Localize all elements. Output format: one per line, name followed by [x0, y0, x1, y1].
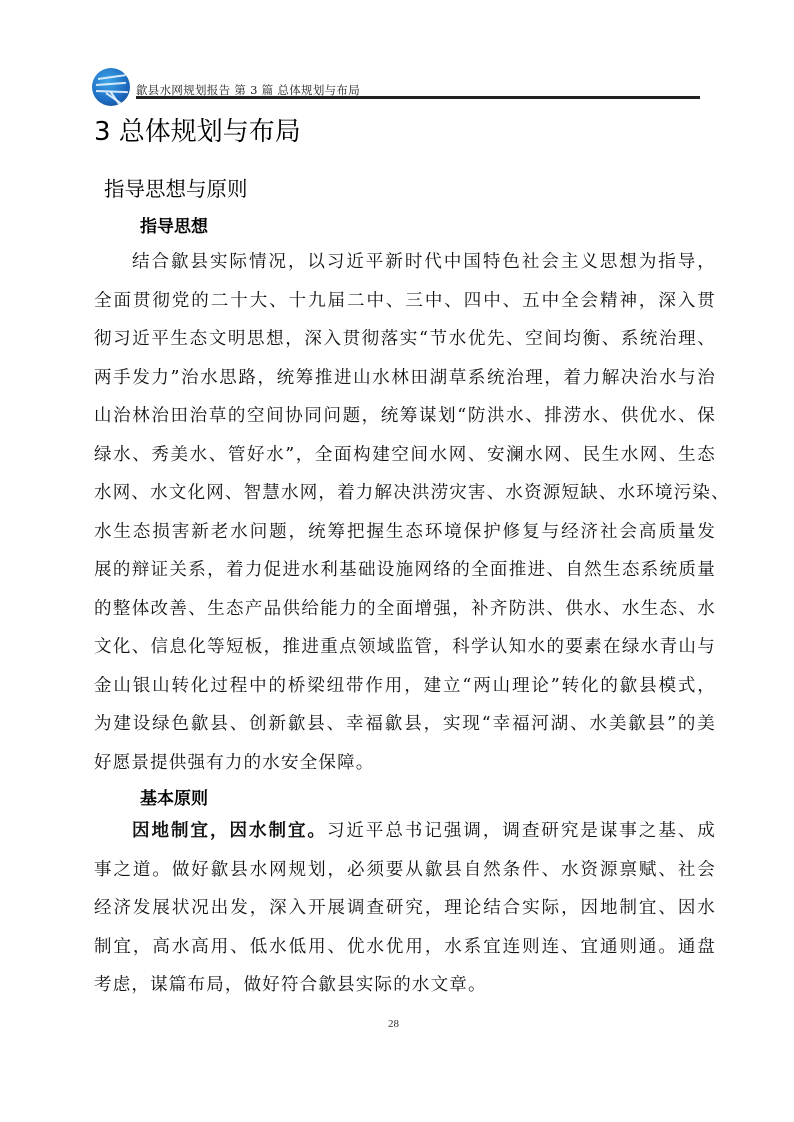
section-title: 指导思想与原则	[104, 172, 248, 202]
guiding-ideology-paragraph: 结合歙县实际情况，以习近平新时代中国特色社会主义思想为指导， 全面贯彻党的二十大…	[94, 243, 716, 782]
paragraph-line: 水生态损害新老水问题，统筹把握生态环境保护修复与经济社会高质量发	[94, 513, 716, 552]
page-header: 歙县水网规划报告 第 3 篇 总体规划与布局	[92, 64, 702, 100]
paragraph-line: 事之道。做好歙县水网规划，必须要从歙县自然条件、水资源禀赋、社会	[94, 851, 716, 890]
paragraph-line: 考虑，谋篇布局，做好符合歙县实际的水文章。	[94, 966, 716, 1005]
paragraph-line: 为建设绿色歙县、创新歙县、幸福歙县，实现“幸福河湖、水美歙县”的美	[94, 705, 716, 744]
principle-lead: 因地制宜，因水制宜。	[132, 821, 327, 841]
paragraph-line: 文化、信息化等短板，推进重点领域监管，科学认知水的要素在绿水青山与	[94, 628, 716, 667]
paragraph-line: 水网、水文化网、智慧水网，着力解决洪涝灾害、水资源短缺、水环境污染、	[94, 474, 716, 513]
chapter-title: 3 总体规划与布局	[94, 111, 301, 148]
paragraph-line: 两手发力”治水思路，统筹推进山水林田湖草系统治理，着力解决治水与治	[94, 359, 716, 398]
paragraph-line: 的整体改善、生态产品供给能力的全面增强，补齐防洪、供水、水生态、水	[94, 590, 716, 629]
header-divider	[136, 96, 700, 99]
paragraph-line: 全面贯彻党的二十大、十九届二中、三中、四中、五中全会精神，深入贯	[94, 282, 716, 321]
paragraph-line: 因地制宜，因水制宜。习近平总书记强调，调查研究是谋事之基、成	[94, 812, 716, 851]
water-network-logo-icon	[92, 68, 130, 106]
paragraph-line: 制宜，高水高用、低水低用、优水优用，水系宜连则连、宜通则通。通盘	[94, 928, 716, 967]
paragraph-line: 金山银山转化过程中的桥梁纽带作用，建立“两山理论”转化的歙县模式，	[94, 667, 716, 706]
subsection-title-basic-principles: 基本原则	[140, 784, 208, 809]
paragraph-line: 彻习近平生态文明思想，深入贯彻落实“节水优先、空间均衡、系统治理、	[94, 320, 716, 359]
subsection-title-guiding-ideology: 指导思想	[140, 212, 208, 237]
paragraph-line: 结合歙县实际情况，以习近平新时代中国特色社会主义思想为指导，	[94, 243, 716, 282]
paragraph-line: 经济发展状况出发，深入开展调查研究，理论结合实际，因地制宜、因水	[94, 889, 716, 928]
page-number: 28	[388, 1018, 399, 1030]
paragraph-line: 绿水、秀美水、管好水”，全面构建空间水网、安澜水网、民生水网、生态	[94, 436, 716, 475]
basic-principles-paragraph: 因地制宜，因水制宜。习近平总书记强调，调查研究是谋事之基、成 事之道。做好歙县水…	[94, 812, 716, 1005]
principle-text: 习近平总书记强调，调查研究是谋事之基、成	[327, 821, 716, 841]
paragraph-line: 展的辩证关系，着力促进水利基础设施网络的全面推进、自然生态系统质量	[94, 551, 716, 590]
paragraph-line: 好愿景提供强有力的水安全保障。	[94, 744, 716, 783]
paragraph-line: 山治林治田治草的空间协同问题，统筹谋划“防洪水、排涝水、供优水、保	[94, 397, 716, 436]
